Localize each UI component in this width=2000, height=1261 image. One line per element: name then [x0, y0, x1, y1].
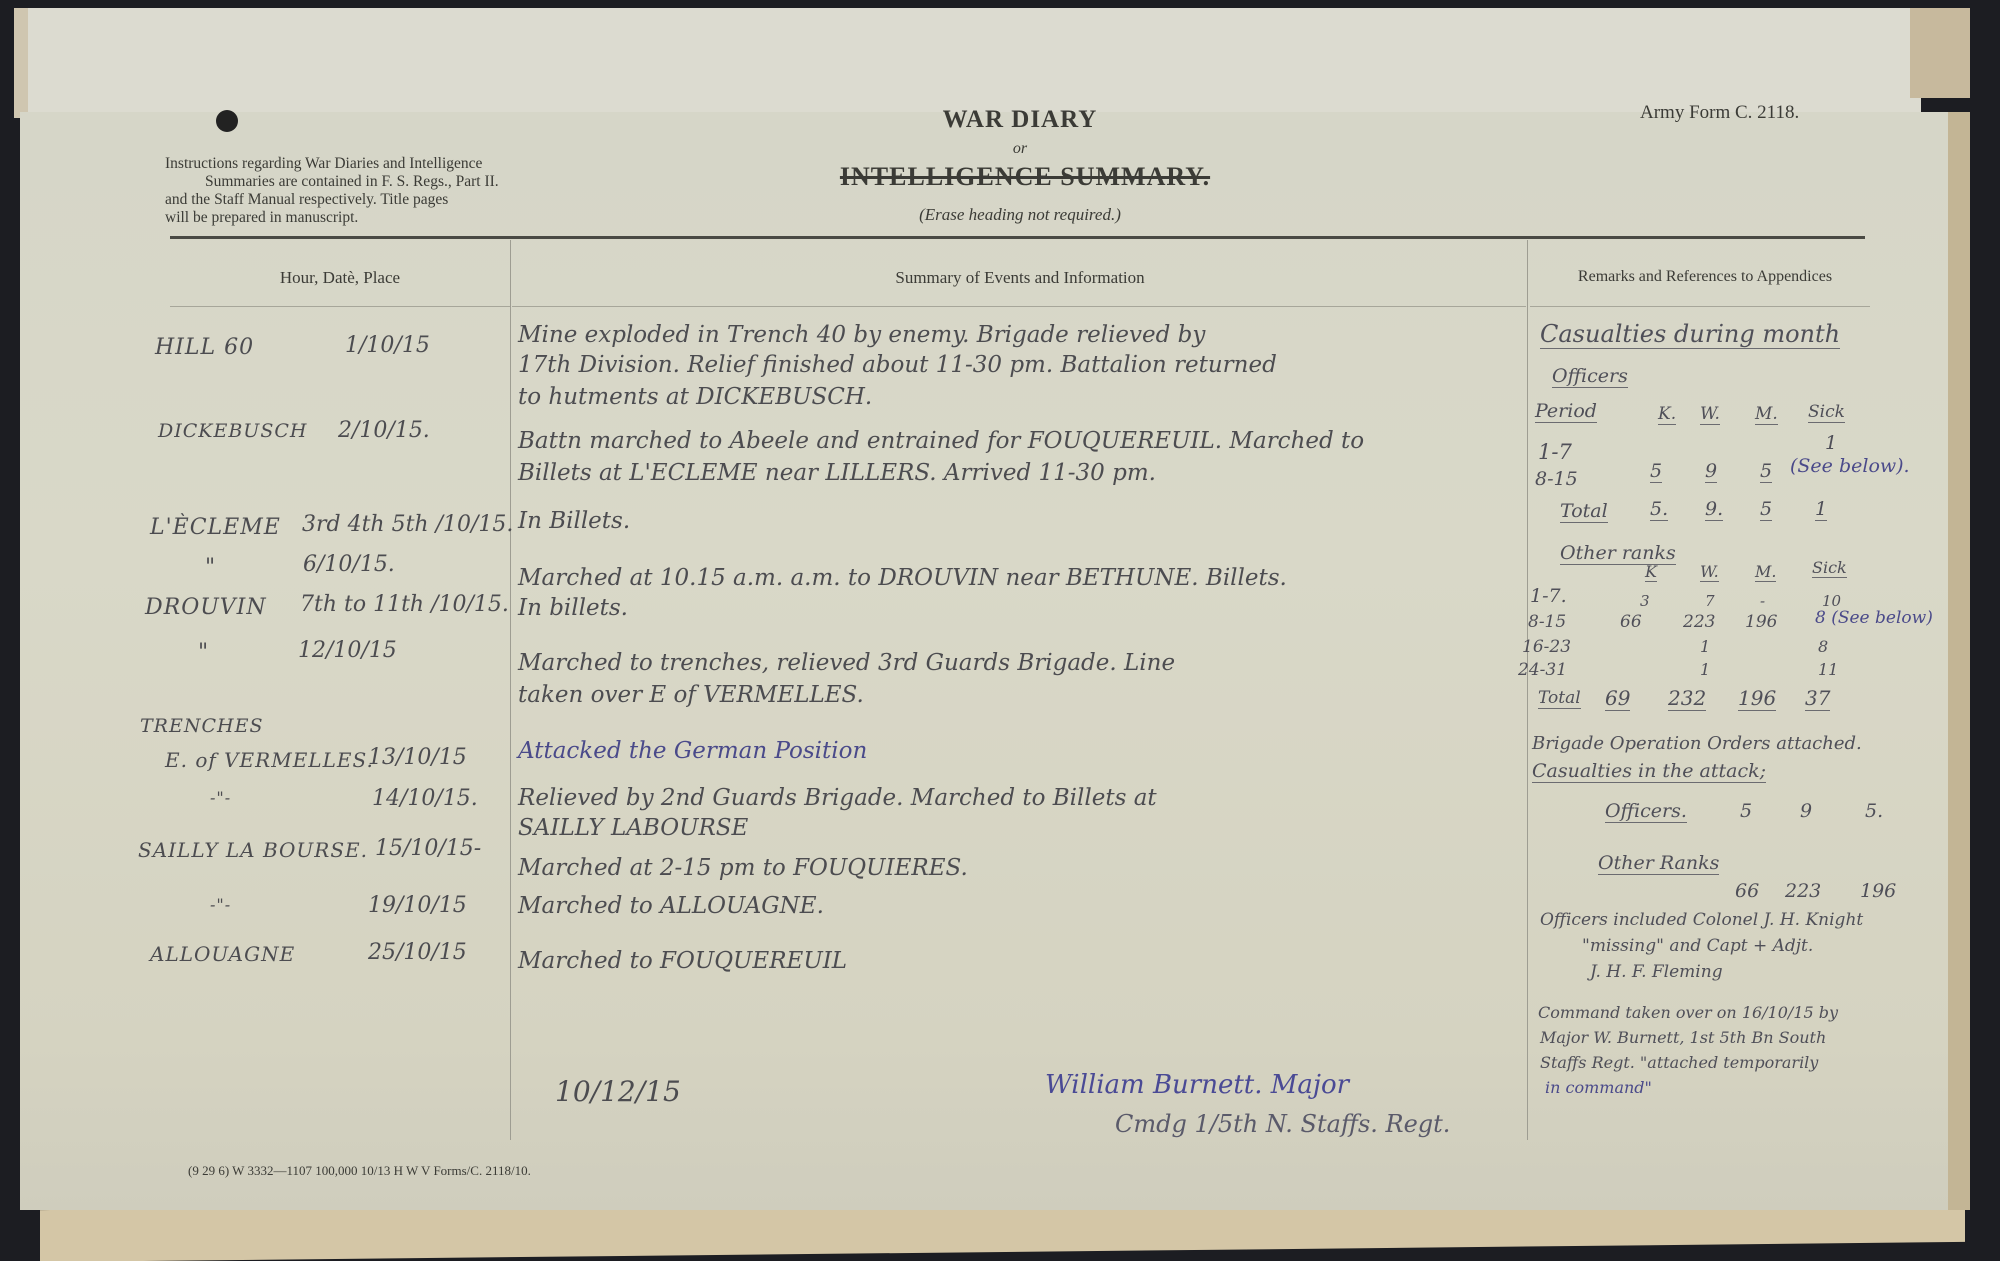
table-cell: 8 (See below): [1815, 608, 1933, 628]
printer-imprint: (9 29 6) W 3332—1107 100,000 10/13 H W V…: [188, 1163, 531, 1179]
table-header-cell: K: [1645, 562, 1657, 582]
table-cell: 3: [1640, 592, 1650, 610]
event-line: Battn marched to Abeele and entrained fo…: [518, 428, 1364, 454]
entry-place: TRENCHES: [140, 715, 263, 737]
table-cell: 11: [1818, 660, 1838, 679]
attack-w: 9: [1800, 800, 1812, 822]
table-cell: 9.: [1705, 498, 1723, 521]
back-sheet-edge: [1910, 8, 1970, 98]
table-cell: 5: [1760, 498, 1772, 521]
event-line: Marched to FOUQUEREUIL: [518, 948, 847, 974]
entry-date: 25/10/15: [368, 940, 467, 965]
table-cell: 1: [1815, 498, 1827, 521]
erase-note: (Erase heading not required.): [830, 205, 1210, 225]
table-cell: 66: [1620, 612, 1642, 632]
table-cell: 5: [1650, 460, 1662, 483]
struck-title: INTELLIGENCE SUMMARY.: [785, 162, 1265, 192]
entry-place: SAILLY LA BOURSE.: [138, 838, 368, 862]
event-line: Marched at 10.15 a.m. a.m. to DROUVIN ne…: [518, 565, 1287, 591]
event-line: Marched to ALLOUAGNE.: [518, 893, 824, 919]
instructions-line: will be prepared in manuscript.: [165, 209, 615, 227]
table-cell: 24-31: [1518, 660, 1567, 680]
table-cell: 9: [1705, 460, 1717, 483]
table-cell: 8: [1818, 637, 1828, 656]
header-underline: [170, 306, 510, 307]
event-line: 17th Division. Relief finished about 11-…: [518, 352, 1277, 378]
note-line: Major W. Burnett, 1st 5th Bn South: [1540, 1028, 1826, 1047]
column-header-summary: Summary of Events and Information: [510, 268, 1530, 288]
note-line: in command": [1545, 1078, 1652, 1097]
column-header-remarks: Remarks and References to Appendices: [1530, 268, 1880, 286]
entry-place: E. of VERMELLES.: [165, 748, 374, 772]
punch-hole: [216, 110, 238, 132]
header-underline: [1530, 306, 1870, 307]
table-cell: 16-23: [1522, 637, 1571, 657]
table-header-cell: M.: [1755, 562, 1776, 582]
instructions-line: Instructions regarding War Diaries and I…: [165, 155, 615, 173]
table-header-cell: Sick: [1808, 402, 1845, 423]
form-or: or: [980, 140, 1060, 158]
entry-date: 13/10/15: [368, 745, 467, 770]
attack-casualties-heading: Casualties in the attack;: [1532, 760, 1766, 783]
attack-officers-label: Officers.: [1605, 800, 1687, 823]
table-header-cell: K.: [1658, 404, 1676, 425]
column-divider: [1527, 240, 1528, 1140]
note-line: "missing" and Capt + Adjt.: [1582, 936, 1813, 956]
table-cell: 7: [1705, 592, 1715, 610]
event-line: to hutments at DICKEBUSCH.: [518, 384, 872, 410]
table-cell: 1: [1825, 432, 1837, 454]
event-line: Attacked the German Position: [518, 738, 867, 764]
signoff-date: 10/12/15: [555, 1075, 681, 1108]
table-cell: Total: [1560, 500, 1608, 523]
instructions-line: and the Staff Manual respectively. Title…: [165, 191, 615, 209]
entry-date: 3rd 4th 5th /10/15.: [302, 512, 513, 537]
table-header-cell: W.: [1700, 404, 1720, 425]
table-cell: 196: [1738, 686, 1776, 711]
table-cell: 1: [1700, 660, 1710, 679]
event-line: Mine exploded in Trench 40 by enemy. Bri…: [518, 322, 1205, 348]
entry-date: 19/10/15: [368, 893, 467, 918]
table-cell: 1: [1700, 637, 1710, 656]
entry-date: 7th to 11th /10/15.: [300, 592, 509, 617]
event-line: Marched at 2-15 pm to FOUQUIERES.: [518, 855, 968, 881]
entry-date: 14/10/15.: [372, 786, 478, 811]
event-line: Marched to trenches, relieved 3rd Guards…: [518, 650, 1175, 676]
note-line: Officers included Colonel J. H. Knight: [1540, 910, 1863, 930]
column-header-hour-date-place: Hour, Datè, Place: [170, 268, 510, 288]
table-cell: 232: [1668, 686, 1706, 711]
attack-m: 196: [1860, 880, 1896, 902]
signoff-unit: Cmdg 1/5th N. Staffs. Regt.: [1115, 1110, 1450, 1138]
entry-place: -"-: [210, 895, 231, 914]
table-cell: 1-7.: [1530, 585, 1567, 607]
signature: William Burnett. Major: [1045, 1070, 1349, 1100]
header-underline: [512, 306, 1526, 307]
entry-place: DROUVIN: [145, 595, 267, 620]
note-line: Command taken over on 16/10/15 by: [1538, 1003, 1838, 1022]
back-sheet: [14, 8, 1921, 118]
event-line: In Billets.: [518, 508, 630, 534]
instructions-text: Instructions regarding War Diaries and I…: [165, 155, 615, 227]
entry-date: 2/10/15.: [338, 418, 430, 443]
table-header-cell: Period: [1535, 400, 1597, 423]
form-title: WAR DIARY: [880, 106, 1160, 134]
brigade-orders-note: Brigade Operation Orders attached.: [1532, 733, 1862, 754]
attack-k: 5: [1740, 800, 1752, 822]
table-cell: 8-15: [1535, 468, 1578, 490]
event-line: taken over E of VERMELLES.: [518, 682, 864, 708]
table-header-cell: W.: [1700, 562, 1719, 582]
table-cell: 8-15: [1528, 612, 1566, 632]
entry-place: -"-: [210, 788, 231, 807]
table-cell: 69: [1605, 686, 1630, 711]
table-cell: 37: [1805, 686, 1830, 711]
table-cell: 5.: [1650, 498, 1668, 521]
table-cell: Total: [1538, 688, 1581, 709]
table-cell: 223: [1683, 612, 1715, 632]
attack-k: 66: [1735, 880, 1759, 902]
entry-date: 12/10/15: [298, 638, 397, 663]
note-line: Staffs Regt. "attached temporarily: [1540, 1053, 1818, 1072]
instructions-line: Summaries are contained in F. S. Regs., …: [165, 173, 615, 191]
note-line: J. H. F. Fleming: [1590, 962, 1723, 982]
entry-date: 6/10/15.: [303, 552, 395, 577]
attack-other-ranks-label: Other Ranks: [1598, 852, 1719, 875]
table-cell: 196: [1745, 612, 1777, 632]
entry-place: DICKEBUSCH: [158, 420, 307, 442]
army-form-number: Army Form C. 2118.: [1640, 102, 1799, 124]
table-header-cell: M.: [1755, 404, 1778, 425]
entry-place: ": [205, 555, 216, 580]
attack-m: 5.: [1865, 800, 1883, 822]
entry-place: ALLOUAGNE: [150, 942, 295, 966]
event-line: Billets at L'ECLEME near LILLERS. Arrive…: [518, 460, 1156, 486]
entry-date: 15/10/15-: [375, 836, 481, 861]
column-divider: [510, 240, 511, 1140]
table-cell: 1-7: [1538, 440, 1572, 464]
header-rule: [170, 236, 1865, 239]
event-line: SAILLY LABOURSE: [518, 815, 748, 841]
entry-place: ": [198, 640, 209, 665]
entry-place: HILL 60: [155, 335, 254, 360]
other-ranks-label: Other ranks: [1560, 542, 1676, 565]
table-cell: (See below).: [1790, 455, 1910, 477]
entry-date: 1/10/15: [345, 333, 430, 358]
table-cell: -: [1760, 592, 1765, 610]
table-cell: 5: [1760, 460, 1772, 483]
officers-label: Officers: [1552, 365, 1628, 388]
entry-place: L'ÈCLEME: [150, 515, 281, 540]
casualties-heading: Casualties during month: [1540, 320, 1840, 349]
table-header-cell: Sick: [1812, 558, 1847, 578]
event-line: In billets.: [518, 595, 628, 621]
attack-w: 223: [1785, 880, 1821, 902]
event-line: Relieved by 2nd Guards Brigade. Marched …: [518, 785, 1157, 811]
